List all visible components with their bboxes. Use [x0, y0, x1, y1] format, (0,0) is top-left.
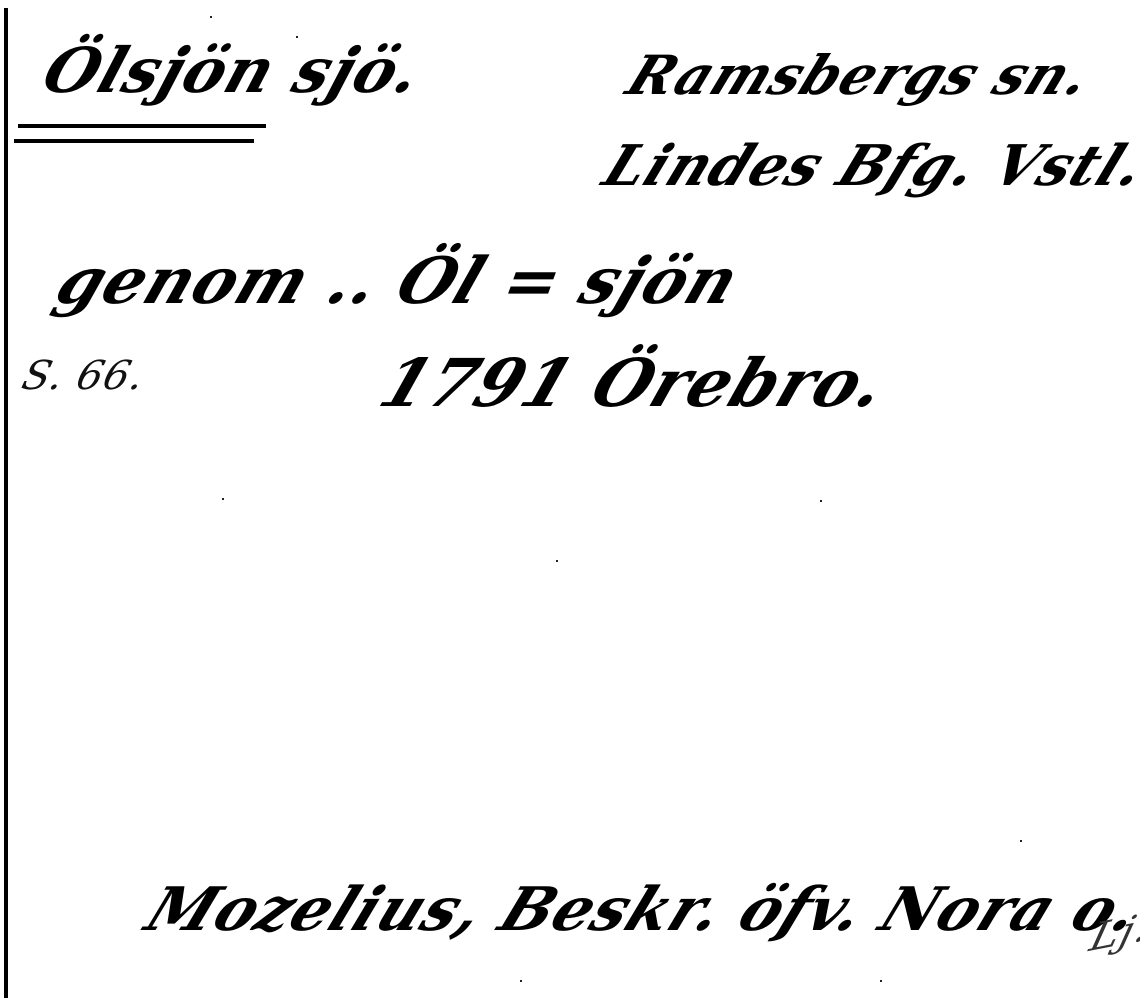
- paper-speck: [1020, 840, 1022, 842]
- source-citation: Mozelius, Beskr. öfv. Nora o. Lindes: [138, 880, 1140, 940]
- paper-speck: [880, 980, 882, 982]
- province-label: Lindes Bfg. Vstl.: [596, 138, 1140, 194]
- paper-speck: [222, 498, 224, 500]
- archive-card: Ölsjön sjö. Ramsbergs sn. Lindes Bfg. Vs…: [0, 0, 1140, 1004]
- paper-speck: [210, 16, 212, 18]
- paper-speck: [820, 500, 822, 502]
- etymology-note: genom .. Öl = sjön: [48, 250, 747, 314]
- card-left-border: [4, 8, 8, 998]
- margin-page-reference: S. 66.: [18, 356, 150, 396]
- headword-underline-bottom: [14, 139, 254, 143]
- paper-speck: [556, 560, 558, 562]
- parish-label: Ramsbergs sn.: [620, 48, 1099, 102]
- dated-entry: 1791 Örebro.: [372, 350, 896, 416]
- paper-speck: [296, 36, 298, 38]
- headword: Ölsjön sjö.: [36, 40, 429, 102]
- headword-underline-top: [18, 124, 266, 128]
- paper-speck: [520, 980, 522, 982]
